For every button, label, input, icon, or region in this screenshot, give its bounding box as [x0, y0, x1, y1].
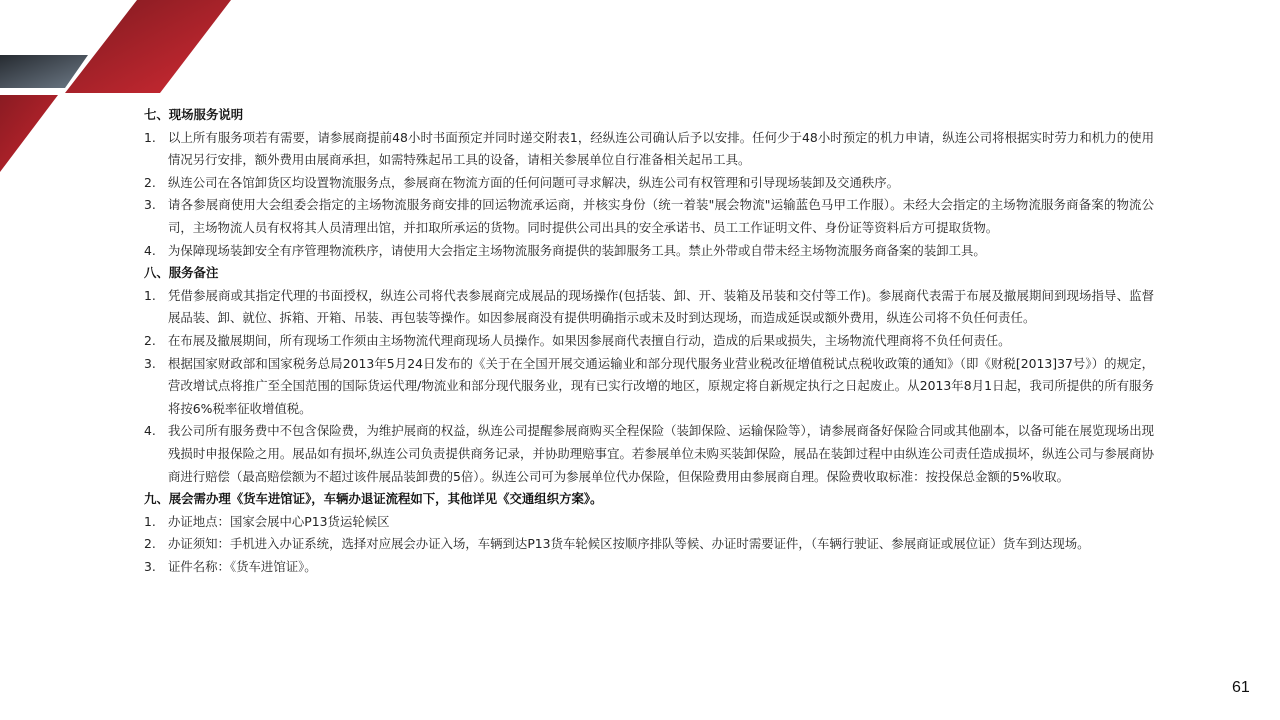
item-text: 在布展及撤展期间，所有现场工作须由主场物流代理商现场人员操作。如果因参展商代表擅…: [168, 330, 1154, 353]
section-service-notes: 八、服务备注 1. 凭借参展商或其指定代理的书面授权，纵连公司将代表参展商完成展…: [144, 262, 1154, 488]
section-on-site-services: 七、现场服务说明 1. 以上所有服务项若有需要，请参展商提前48小时书面预定并同…: [144, 104, 1154, 262]
item-number: 2.: [144, 172, 168, 195]
list-item: 3. 根据国家财政部和国家税务总局2013年5月24日发布的《关于在全国开展交通…: [144, 353, 1154, 421]
item-text: 办证地点：国家会展中心P13货运轮候区: [168, 511, 1154, 534]
red-triangle-shape: [0, 95, 58, 172]
section-heading: 八、服务备注: [144, 262, 1154, 285]
item-number: 3.: [144, 194, 168, 239]
item-number: 3.: [144, 353, 168, 421]
item-text: 请各参展商使用大会组委会指定的主场物流服务商安排的回运物流承运商，并核实身份（统…: [168, 194, 1154, 239]
list-item: 1. 凭借参展商或其指定代理的书面授权，纵连公司将代表参展商完成展品的现场操作(…: [144, 285, 1154, 330]
list-item: 2. 在布展及撤展期间，所有现场工作须由主场物流代理商现场人员操作。如果因参展商…: [144, 330, 1154, 353]
item-number: 3.: [144, 556, 168, 579]
list-item: 2. 办证须知：手机进入办证系统，选择对应展会办证入场，车辆到达P13货车轮候区…: [144, 533, 1154, 556]
document-body: 七、现场服务说明 1. 以上所有服务项若有需要，请参展商提前48小时书面预定并同…: [144, 104, 1154, 578]
section-heading: 九、展会需办理《货车进馆证》，车辆办退证流程如下，其他详见《交通组织方案》。: [144, 488, 1154, 511]
item-number: 4.: [144, 420, 168, 488]
list-item: 3. 证件名称：《货车进馆证》。: [144, 556, 1154, 579]
item-number: 1.: [144, 511, 168, 534]
list-item: 3. 请各参展商使用大会组委会指定的主场物流服务商安排的回运物流承运商，并核实身…: [144, 194, 1154, 239]
item-text: 办证须知：手机进入办证系统，选择对应展会办证入场，车辆到达P13货车轮候区按顺序…: [168, 533, 1154, 556]
list-item: 1. 办证地点：国家会展中心P13货运轮候区: [144, 511, 1154, 534]
item-text: 为保障现场装卸安全有序管理物流秩序，请使用大会指定主场物流服务商提供的装卸服务工…: [168, 240, 1154, 263]
item-text: 以上所有服务项若有需要，请参展商提前48小时书面预定并同时递交附表1，经纵连公司…: [168, 127, 1154, 172]
page-number: 61: [1232, 679, 1250, 697]
item-number: 1.: [144, 285, 168, 330]
item-number: 4.: [144, 240, 168, 263]
item-text: 我公司所有服务费中不包含保险费，为维护展商的权益，纵连公司提醒参展商购买全程保险…: [168, 420, 1154, 488]
list-item: 1. 以上所有服务项若有需要，请参展商提前48小时书面预定并同时递交附表1，经纵…: [144, 127, 1154, 172]
list-item: 4. 我公司所有服务费中不包含保险费，为维护展商的权益，纵连公司提醒参展商购买全…: [144, 420, 1154, 488]
item-number: 2.: [144, 533, 168, 556]
item-text: 纵连公司在各馆卸货区均设置物流服务点，参展商在物流方面的任何问题可寻求解决，纵连…: [168, 172, 1154, 195]
red-parallelogram-shape: [65, 0, 231, 93]
item-number: 1.: [144, 127, 168, 172]
list-item: 4. 为保障现场装卸安全有序管理物流秩序，请使用大会指定主场物流服务商提供的装卸…: [144, 240, 1154, 263]
item-text: 根据国家财政部和国家税务总局2013年5月24日发布的《关于在全国开展交通运输业…: [168, 353, 1154, 421]
section-heading: 七、现场服务说明: [144, 104, 1154, 127]
item-number: 2.: [144, 330, 168, 353]
item-text: 证件名称：《货车进馆证》。: [168, 556, 1154, 579]
item-text: 凭借参展商或其指定代理的书面授权，纵连公司将代表参展商完成展品的现场操作(包括装…: [168, 285, 1154, 330]
list-item: 2. 纵连公司在各馆卸货区均设置物流服务点，参展商在物流方面的任何问题可寻求解决…: [144, 172, 1154, 195]
section-truck-permit: 九、展会需办理《货车进馆证》，车辆办退证流程如下，其他详见《交通组织方案》。 1…: [144, 488, 1154, 578]
